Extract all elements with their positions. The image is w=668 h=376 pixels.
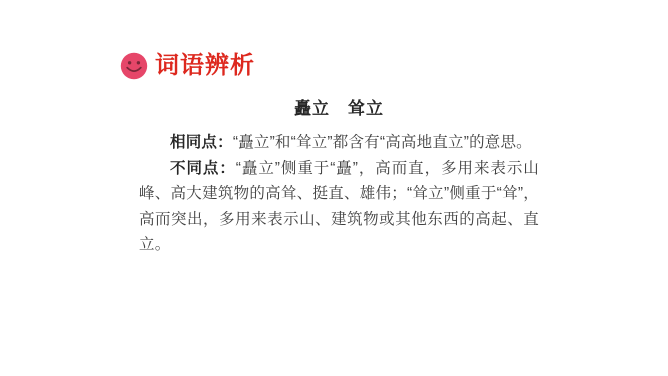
paragraph-same-points-label: 相同点：: [170, 134, 233, 151]
section-title: 词语辨析: [155, 52, 255, 80]
paragraph-same-points: 相同点：“矗立”和“耸立”都含有“高高地直立”的意思。: [139, 130, 539, 156]
presentation-slide: 词语辨析 矗立 耸立 相同点：“矗立”和“耸立”都含有“高高地直立”的意思。 不…: [0, 0, 668, 376]
paragraph-same-points-text: “矗立”和“耸立”都含有“高高地直立”的意思。: [233, 134, 532, 151]
paragraph-different-points-label: 不同点：: [170, 160, 236, 177]
slide-content: 矗立 耸立 相同点：“矗立”和“耸立”都含有“高高地直立”的意思。 不同点：“矗…: [139, 97, 539, 258]
smiley-face-icon: [120, 52, 148, 80]
section-header: 词语辨析: [120, 52, 255, 80]
content-heading: 矗立 耸立: [139, 97, 539, 121]
paragraph-different-points: 不同点：“矗立”侧重于“矗”，高而直，多用来表示山峰、高大建筑物的高耸、挺直、雄…: [139, 156, 539, 258]
